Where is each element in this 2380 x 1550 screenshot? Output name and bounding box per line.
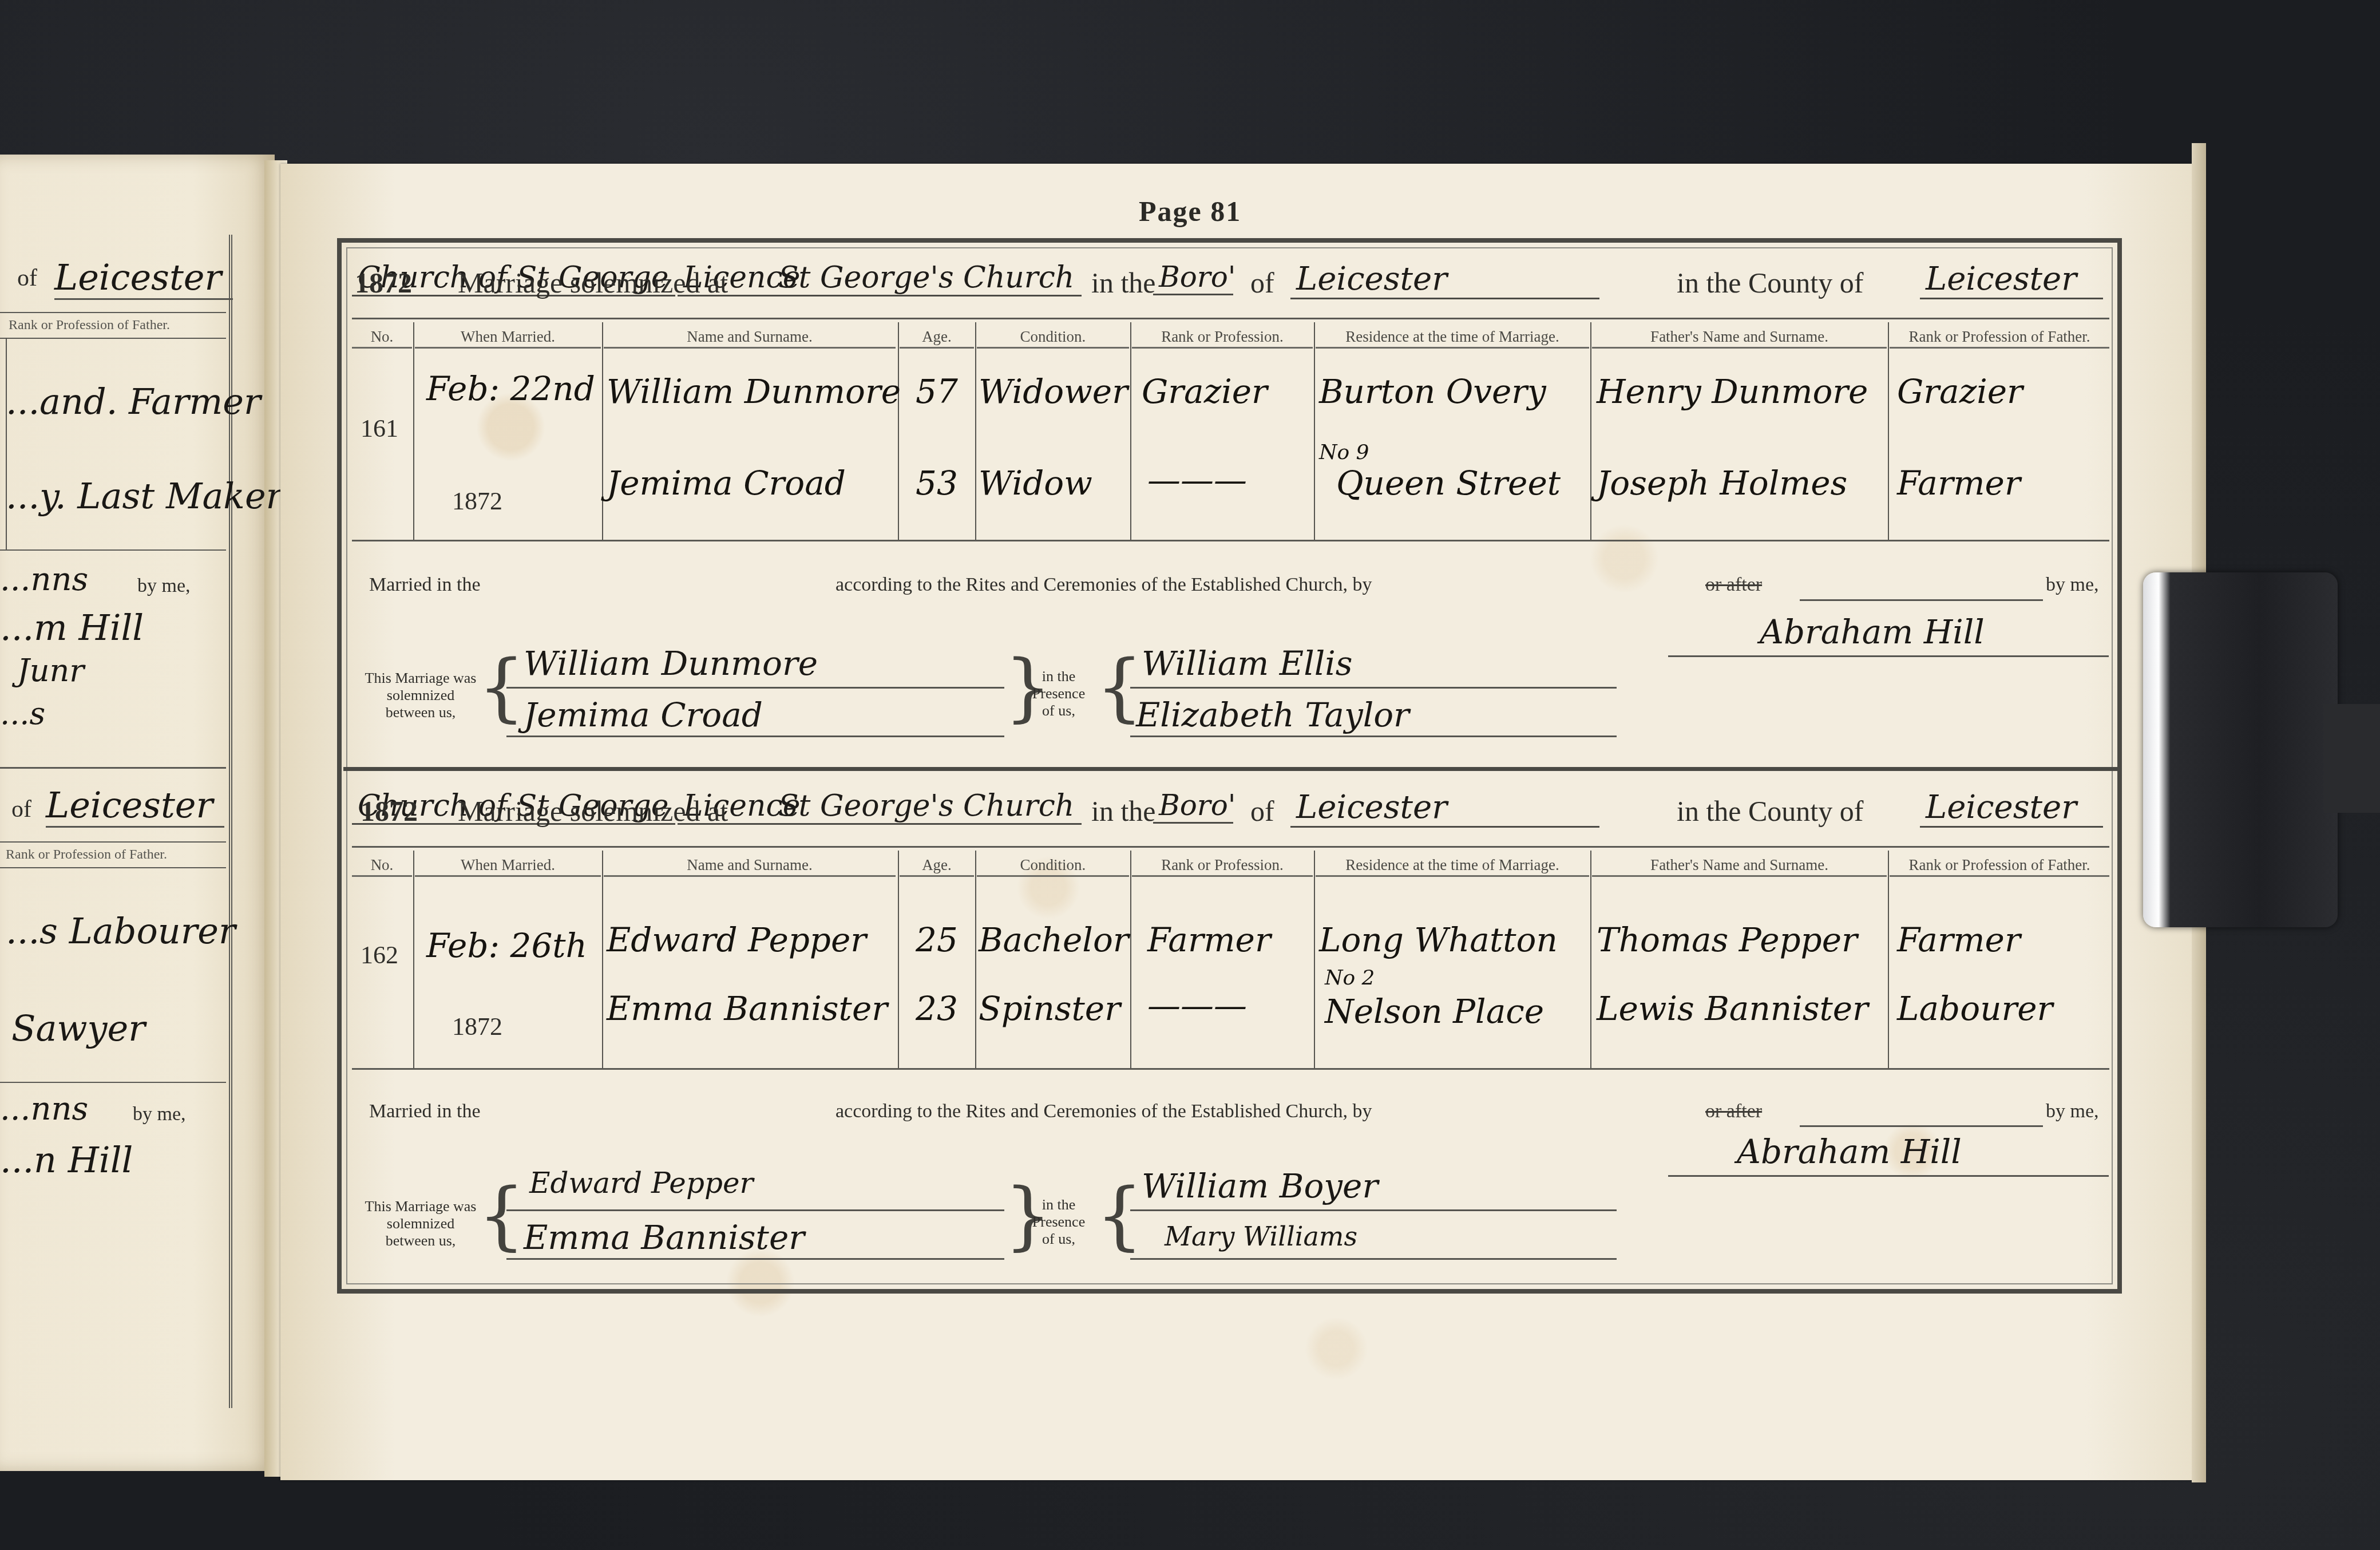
this-marriage-label: This Marriage was solemnized between us, [363, 670, 478, 721]
bride-residence-no: No 9 [1319, 441, 1369, 464]
of-label: of [1250, 266, 1274, 299]
col-divider [413, 322, 414, 540]
col-divider [1314, 322, 1315, 540]
bride-condition: Widow [979, 464, 1092, 503]
left-a-col-line [6, 338, 7, 549]
bride-father-name: Lewis Bannister [1597, 989, 1868, 1028]
left-b-col-header: Rank or Profession of Father. [6, 847, 167, 863]
left-b-of-label: of [11, 796, 31, 823]
col-divider [602, 322, 603, 540]
left-a-header-line [0, 338, 226, 339]
col-father-rank: Rank or Profession of Father. [1890, 853, 2109, 877]
left-b-top-line [0, 767, 226, 769]
groom-residence: Long Whatton [1319, 920, 1558, 959]
groom-residence: Burton Overy [1319, 372, 1546, 411]
groom-condition: Widower [979, 372, 1128, 411]
left-a-extra: Junr [17, 653, 84, 689]
officiant-signature: Abraham Hill [1737, 1132, 1962, 1171]
groom-signature-line [506, 687, 1004, 689]
in-the-label: in the [1091, 266, 1155, 299]
bride-signature-line [506, 736, 1004, 737]
bride-residence-no: No 2 [1325, 966, 1375, 990]
married-in-label: Married in the [369, 574, 481, 596]
district-field: Leicester [1290, 789, 1599, 828]
left-a-father-rank-2: ...y. Last Maker [6, 475, 283, 517]
county-field: Leicester [1920, 260, 2103, 299]
entry-number: 162 [361, 940, 398, 970]
married-in-label: Married in the [369, 1101, 481, 1122]
district-type-field: Boro' [1153, 260, 1233, 295]
col-divider [413, 851, 414, 1068]
solemnized-at-label: Marriage solemnized at [458, 266, 728, 299]
left-a-col-header: Rank or Profession of Father. [9, 318, 170, 333]
binder-strap [2323, 704, 2380, 813]
or-after-struck: or after [1705, 1101, 1762, 1122]
binder-clip [2143, 572, 2338, 927]
officiant-signature: Abraham Hill [1760, 612, 1985, 651]
col-divider [975, 851, 976, 1068]
col-divider [1888, 851, 1889, 1068]
left-b-county: Leicester [46, 784, 224, 828]
col-father-name: Father's Name and Surname. [1592, 853, 1887, 877]
page-number: Page 81 [1139, 195, 1241, 228]
left-a-of-label: of [17, 264, 37, 292]
col-age: Age. [900, 853, 974, 877]
col-divider [975, 322, 976, 540]
rows-bottom-rule [352, 1068, 2109, 1070]
bride-father-name: Joseph Holmes [1597, 464, 1847, 503]
groom-rank: Grazier [1142, 372, 1268, 411]
rows-bottom-rule [352, 540, 2109, 541]
witness-1-signature: William Boyer [1142, 1167, 1378, 1205]
groom-father-rank: Farmer [1897, 920, 2021, 959]
left-a-row-line [0, 549, 226, 551]
left-a-officiant: ...m Hill [0, 607, 144, 649]
col-divider [898, 851, 899, 1068]
officiant-line [1668, 1175, 2109, 1177]
groom-age: 57 [916, 372, 958, 411]
county-field: Leicester [1920, 789, 2103, 828]
col-when-married: When Married. [415, 325, 601, 349]
bride-residence: Nelson Place [1325, 992, 1544, 1031]
by-me-label: by me, [2046, 1101, 2099, 1122]
when-married-year: 1872 [452, 487, 502, 516]
officiant-line [1668, 655, 2109, 657]
col-rank: Rank or Profession. [1132, 853, 1313, 877]
bride-name: Jemima Croad [607, 464, 846, 503]
this-marriage-label: This Marriage was solemnized between us, [363, 1198, 478, 1250]
col-condition: Condition. [977, 853, 1129, 877]
title-rule [352, 318, 2109, 319]
left-b-banns: ...nns [0, 1090, 88, 1128]
left-b-father-rank-2: Sawyer [11, 1007, 145, 1049]
col-condition: Condition. [977, 325, 1129, 349]
bride-condition: Spinster [979, 989, 1120, 1028]
col-residence: Residence at the time of Marriage. [1316, 853, 1589, 877]
entry-162: 1872 Marriage solemnized at St George's … [352, 789, 2109, 1292]
col-no: No. [352, 853, 412, 877]
col-rank: Rank or Profession. [1132, 325, 1313, 349]
in-presence-label: in the Presence of us, [1024, 1196, 1093, 1248]
col-divider [1130, 322, 1131, 540]
when-married-date: Feb: 26th [426, 926, 587, 965]
left-b-by-me: by me, [133, 1104, 186, 1125]
col-residence: Residence at the time of Marriage. [1316, 325, 1589, 349]
groom-rank: Farmer [1147, 920, 1271, 959]
left-a-extra-2: ...s [0, 695, 45, 731]
left-b-divider [0, 841, 226, 843]
col-no: No. [352, 325, 412, 349]
left-a-county: Leicester [54, 256, 233, 300]
brace-right: { [1096, 1178, 1143, 1252]
col-divider [1314, 851, 1315, 1068]
col-father-rank: Rank or Profession of Father. [1890, 325, 2109, 349]
left-a-father-rank-1: ...and. Farmer [6, 381, 261, 422]
according-label: according to the Rites and Ceremonies of… [835, 1101, 1372, 1122]
left-b-row-line [0, 1082, 226, 1083]
entry-year: 1872 [361, 794, 418, 828]
entry-title-line: 1872 Marriage solemnized at St George's … [352, 789, 2109, 829]
when-married-date: Feb: 22nd [426, 369, 595, 408]
county-label: in the County of [1677, 794, 1863, 828]
brace-left: { [478, 1178, 525, 1252]
bride-rank: ——— [1147, 986, 1247, 1025]
col-divider [898, 322, 899, 540]
witness-2-line [1130, 1258, 1617, 1260]
witness-2-signature: Mary Williams [1165, 1221, 1357, 1252]
col-divider [1130, 851, 1131, 1068]
bride-signature: Jemima Croad [524, 695, 763, 734]
groom-father-rank: Grazier [1897, 372, 2023, 411]
bride-rank: ——— [1147, 461, 1247, 500]
title-rule [352, 846, 2109, 848]
place-field: St George's Church [773, 260, 1082, 296]
place-field: St George's Church [773, 789, 1082, 825]
groom-age: 25 [916, 920, 958, 959]
witness-1-signature: William Ellis [1142, 644, 1353, 683]
or-after-struck: or after [1705, 574, 1762, 596]
in-the-label: in the [1091, 794, 1155, 828]
entry-year: 1872 [355, 266, 412, 299]
left-b-header-line [0, 867, 226, 868]
bride-name: Emma Bannister [607, 989, 888, 1028]
entry-title-line: 1872 Marriage solemnized at St George's … [352, 260, 2109, 300]
by-me-label: by me, [2046, 574, 2099, 596]
bride-signature-line [506, 1258, 1004, 1260]
bride-age: 23 [916, 989, 958, 1028]
left-a-by-me: by me, [137, 575, 191, 597]
groom-signature: Edward Pepper [529, 1167, 753, 1200]
col-when-married: When Married. [415, 853, 601, 877]
col-name: Name and Surname. [604, 853, 896, 877]
col-age: Age. [900, 325, 974, 349]
col-divider [602, 851, 603, 1068]
col-father-name: Father's Name and Surname. [1592, 325, 1887, 349]
bride-father-rank: Farmer [1897, 464, 2021, 503]
left-b-father-rank-1: ...s Labourer [6, 910, 236, 952]
groom-name: William Dunmore [607, 372, 901, 411]
bride-age: 53 [916, 464, 958, 503]
district-field: Leicester [1290, 260, 1599, 299]
col-name: Name and Surname. [604, 325, 896, 349]
solemnized-at-label: Marriage solemnized at [458, 794, 728, 828]
groom-father-name: Henry Dunmore [1597, 372, 1868, 411]
groom-father-name: Thomas Pepper [1597, 920, 1858, 959]
according-label: according to the Rites and Ceremonies of… [835, 574, 1372, 596]
groom-signature-line [506, 1209, 1004, 1211]
entry-161: 1872 Marriage solemnized at St George's … [352, 260, 2109, 764]
entry-separator [343, 767, 2117, 771]
entry-number: 161 [361, 414, 398, 443]
blank-line [1800, 599, 2043, 601]
in-presence-label: in the Presence of us, [1024, 668, 1093, 719]
witness-1-line [1130, 1209, 1617, 1211]
bride-father-rank: Labourer [1897, 989, 2053, 1028]
col-divider [1888, 322, 1889, 540]
witness-1-line [1130, 687, 1617, 689]
bride-residence: Queen Street [1336, 464, 1561, 503]
of-label: of [1250, 794, 1274, 828]
county-label: in the County of [1677, 266, 1863, 299]
blank-line [1800, 1125, 2043, 1127]
left-a-banns: ...nns [0, 561, 88, 598]
district-type-field: Boro' [1153, 789, 1233, 824]
witness-2-signature: Elizabeth Taylor [1136, 695, 1409, 734]
witness-2-line [1130, 736, 1617, 737]
bride-signature: Emma Bannister [524, 1218, 805, 1257]
col-divider [1590, 851, 1591, 1068]
left-b-officiant: ...n Hill [0, 1139, 133, 1181]
col-divider [1590, 322, 1591, 540]
groom-condition: Bachelor [979, 920, 1129, 959]
groom-signature: William Dunmore [524, 644, 818, 683]
left-a-divider [0, 312, 226, 313]
groom-name: Edward Pepper [607, 920, 866, 959]
when-married-year: 1872 [452, 1012, 502, 1041]
